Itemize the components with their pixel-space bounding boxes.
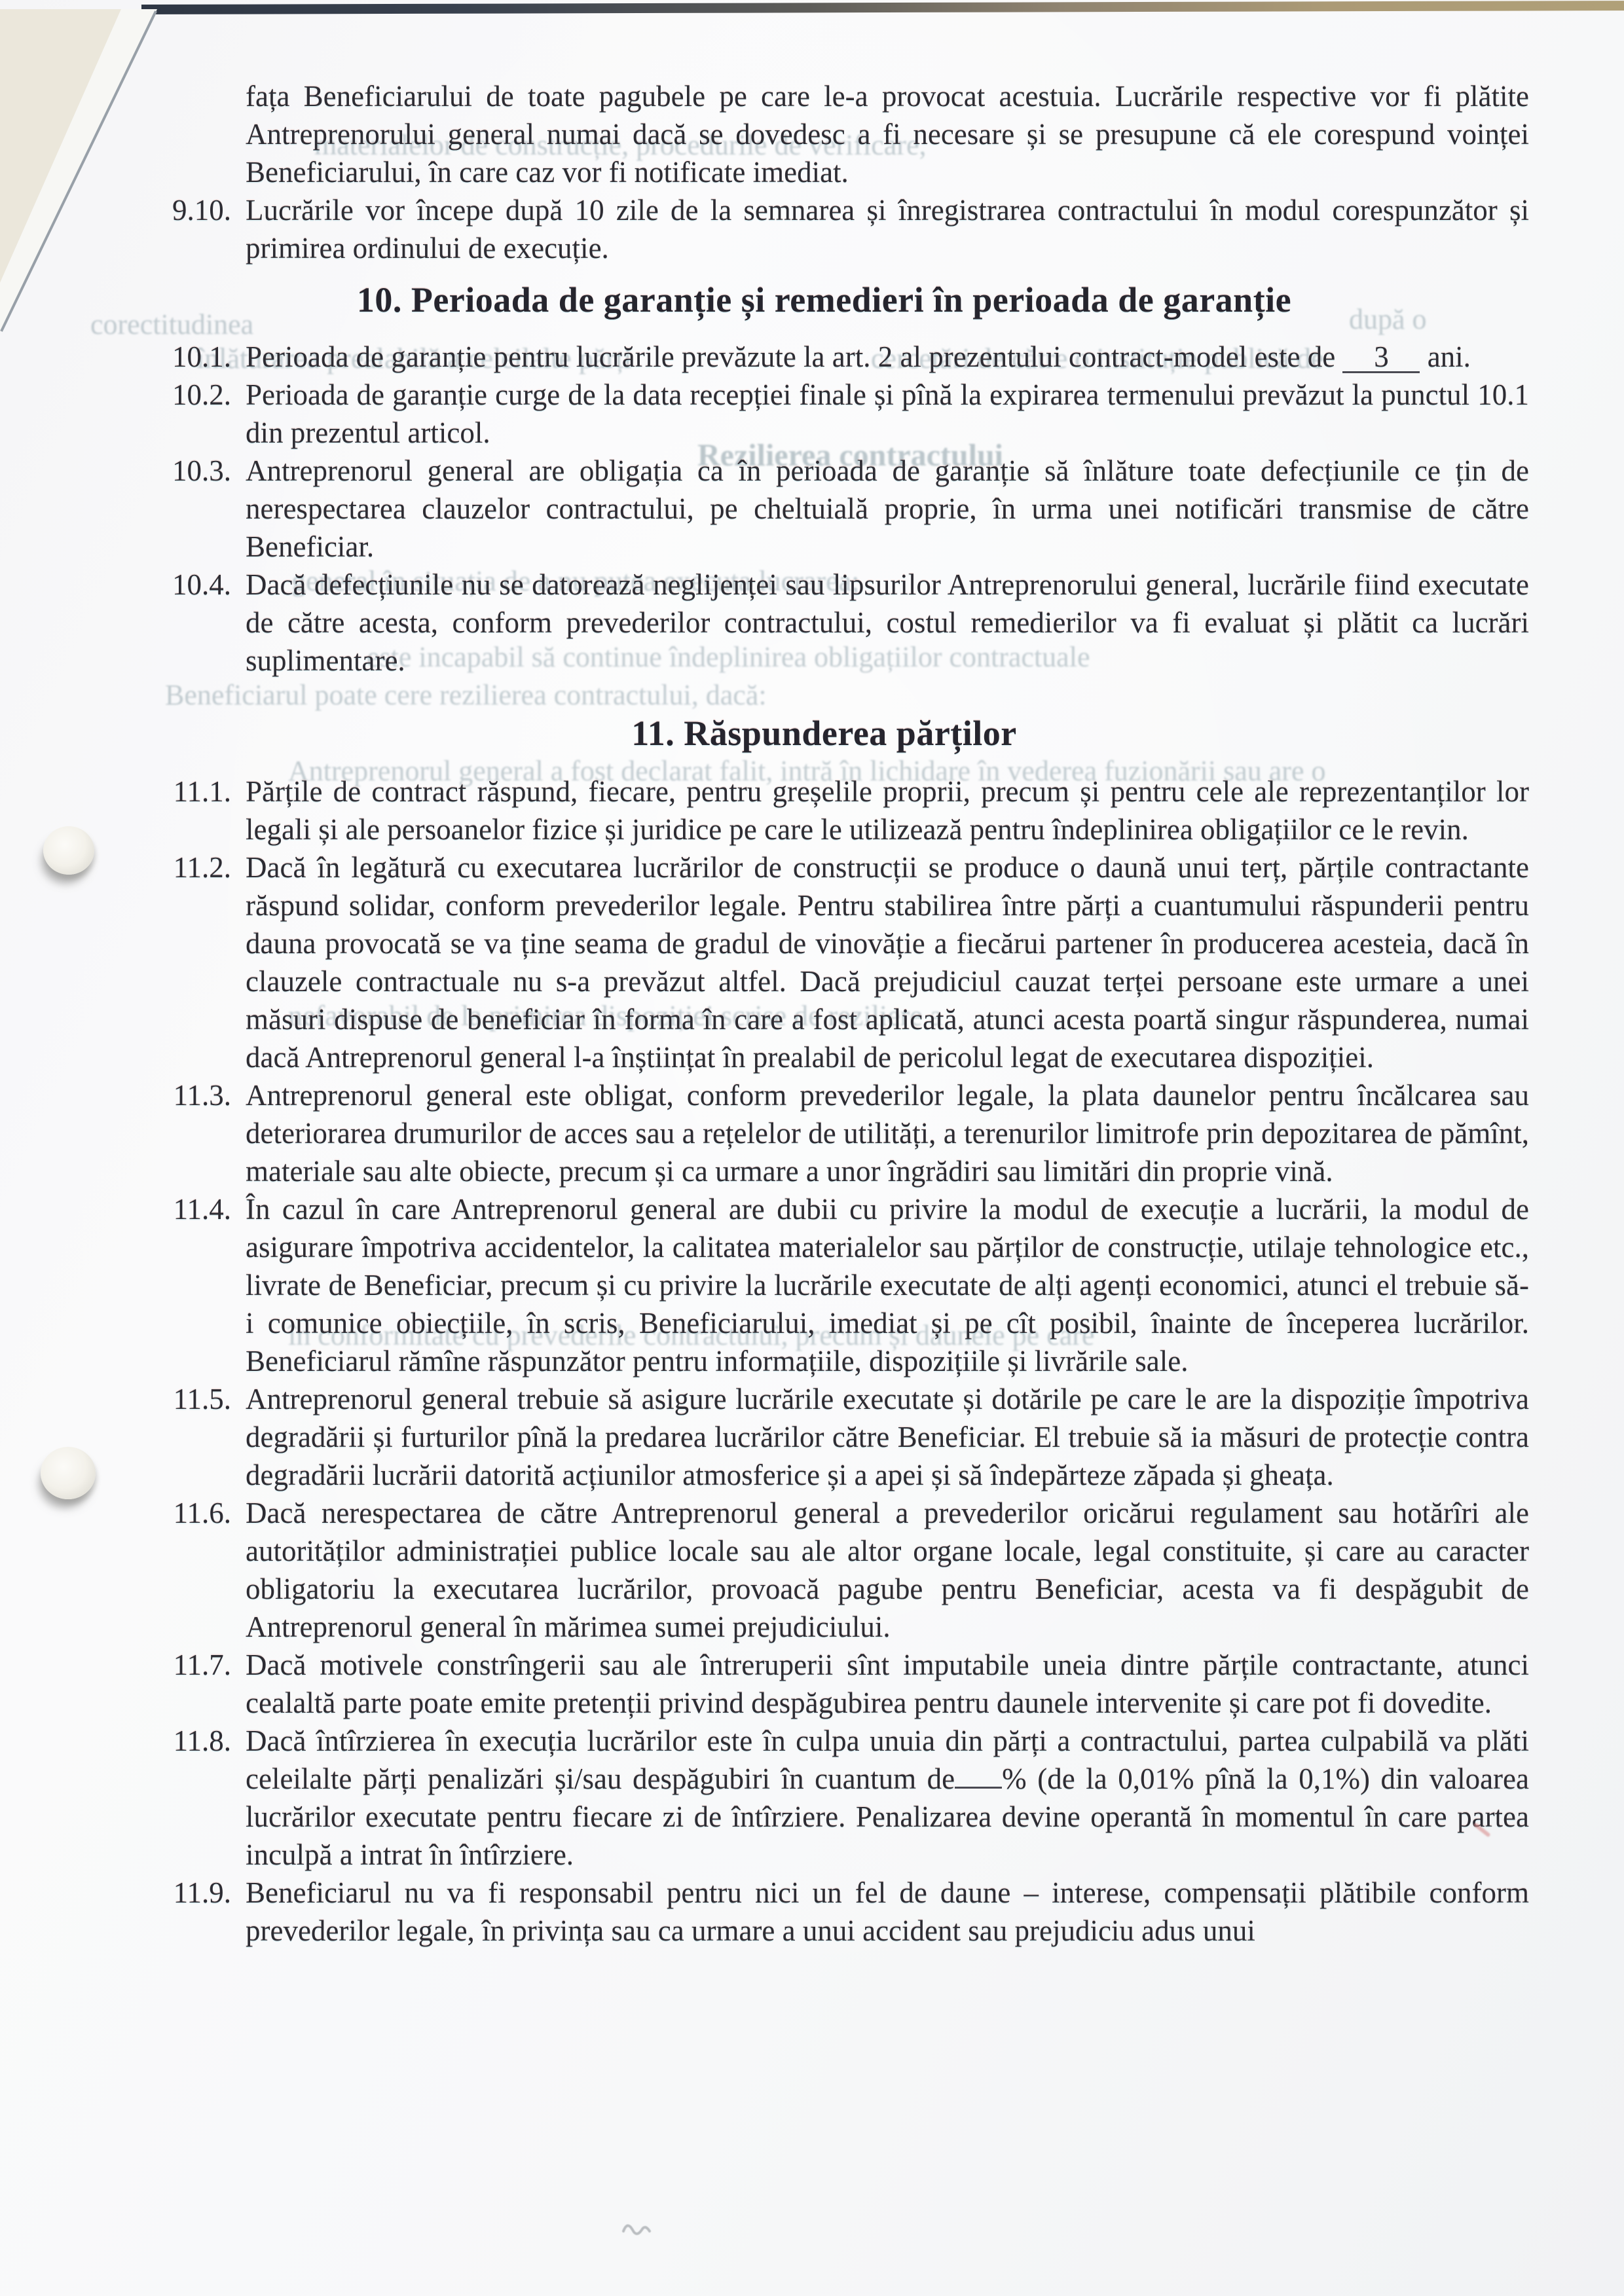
clause-number: 11.7. — [145, 1646, 246, 1722]
page-content: fața Beneficiarului de toate pagubele pe… — [0, 0, 1624, 1950]
clause-10-4: 10.4. Dacă defecțiunile nu se datorează … — [145, 566, 1529, 680]
ink-smudge — [617, 2218, 656, 2244]
clause-number: 11.6. — [145, 1494, 246, 1646]
clause-10-2: 10.2. Perioada de garanție curge de la d… — [145, 376, 1529, 452]
clause-11-5: 11.5. Antreprenorul general trebuie să a… — [145, 1380, 1529, 1494]
clause-number: 10.4. — [145, 566, 246, 680]
clause-text: Lucrările vor începe după 10 zile de la … — [246, 191, 1529, 267]
clause-text: Dacă nerespectarea de către Antreprenoru… — [246, 1494, 1529, 1646]
clause-text: Beneficiarul nu va fi responsabil pentru… — [246, 1874, 1529, 1950]
clause-text: Dacă defecțiunile nu se datorează neglij… — [246, 566, 1529, 680]
clause-number: 11.4. — [145, 1190, 246, 1380]
empty-blank-penalty-percent — [955, 1787, 1002, 1789]
clause-text: Perioada de garanție curge de la data re… — [246, 376, 1529, 452]
clause-number: 10.1. — [145, 338, 246, 376]
clause-11-9: 11.9. Beneficiarul nu va fi responsabil … — [145, 1874, 1529, 1950]
clause-number: 11.3. — [145, 1076, 246, 1190]
clause-11-8: 11.8. Dacă întîrzierea în execuția lucră… — [145, 1722, 1529, 1874]
clause-text: Antreprenorul general trebuie să asigure… — [246, 1380, 1529, 1494]
section-11-heading: 11. Răspunderea părților — [145, 710, 1503, 757]
clause-text: Antreprenorul general are obligația ca î… — [246, 452, 1529, 566]
clause-11-3: 11.3. Antreprenorul general este obligat… — [145, 1076, 1529, 1190]
clause-11-7: 11.7. Dacă motivele constrîngerii sau al… — [145, 1646, 1529, 1722]
clause-number: 11.2. — [145, 848, 246, 1076]
clause-10-3: 10.3. Antreprenorul general are obligați… — [145, 452, 1529, 566]
filled-blank-warranty-years: 3 — [1342, 342, 1420, 373]
clause-number: 9.10. — [145, 191, 246, 267]
clause-number: 10.3. — [145, 452, 246, 566]
clause-number — [145, 77, 246, 191]
clause-text: Antreprenorul general este obligat, conf… — [246, 1076, 1529, 1190]
clause-text: În cazul în care Antreprenorul general a… — [246, 1190, 1529, 1380]
clause-text: fața Beneficiarului de toate pagubele pe… — [246, 77, 1529, 191]
clause-11-1: 11.1. Părțile de contract răspund, fieca… — [145, 773, 1529, 848]
clause-number: 11.9. — [145, 1874, 246, 1950]
clause-number: 11.8. — [145, 1722, 246, 1874]
section-10-heading: 10. Perioada de garanție și remedieri în… — [145, 276, 1503, 323]
clause-10-1: 10.1. Perioada de garanție pentru lucrăr… — [145, 338, 1529, 376]
clause-number: 10.2. — [145, 376, 246, 452]
clause-11-2: 11.2. Dacă în legătură cu executarea luc… — [145, 848, 1529, 1076]
clause-9-9-continuation: fața Beneficiarului de toate pagubele pe… — [145, 77, 1529, 191]
clause-text: Dacă motivele constrîngerii sau ale într… — [246, 1646, 1529, 1722]
clause-text: Dacă întîrzierea în execuția lucrărilor … — [246, 1722, 1529, 1874]
clause-text: Dacă în legătură cu executarea lucrărilo… — [246, 848, 1529, 1076]
clause-11-6: 11.6. Dacă nerespectarea de către Antrep… — [145, 1494, 1529, 1646]
clause-9-10: 9.10. Lucrările vor începe după 10 zile … — [145, 191, 1529, 267]
clause-text: Perioada de garanție pentru lucrările pr… — [246, 338, 1529, 376]
clause-number: 11.1. — [145, 773, 246, 848]
clause-11-4: 11.4. În cazul în care Antreprenorul gen… — [145, 1190, 1529, 1380]
clause-text: Părțile de contract răspund, fiecare, pe… — [246, 773, 1529, 848]
scanned-contract-page: materialelor de construcție, procedurile… — [0, 0, 1624, 2296]
clause-number: 11.5. — [145, 1380, 246, 1494]
